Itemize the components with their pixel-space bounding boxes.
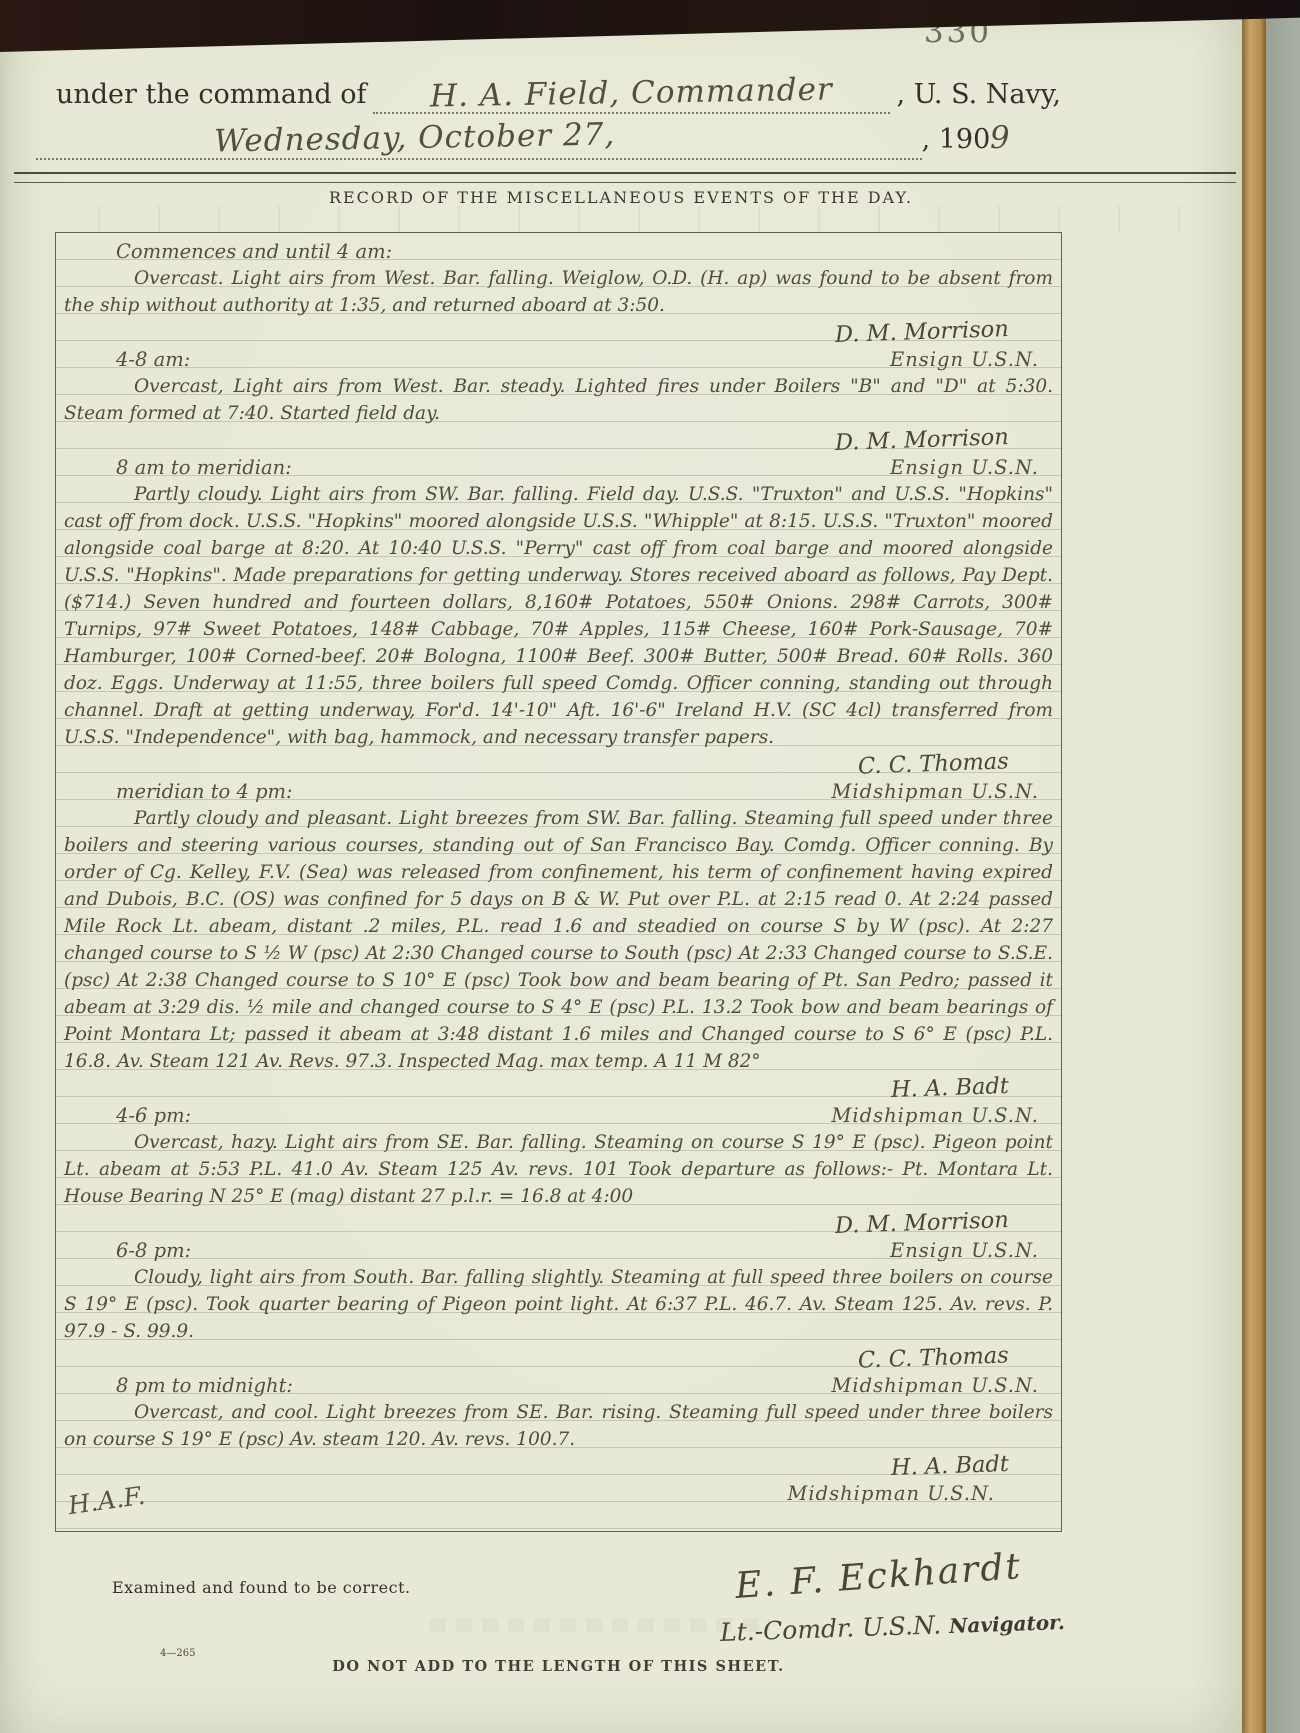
signature-row: C. C. Thomas [64, 751, 1053, 778]
section-heading-row: 4-8 am: Ensign U.S.N. [64, 346, 1053, 373]
date-field: Wednesday, October 27, [36, 120, 922, 160]
header-divider [14, 172, 1236, 183]
signature-name: D. M. Morrison [835, 1207, 1010, 1240]
section-body: Partly cloudy. Light airs from SW. Bar. … [64, 481, 1053, 751]
section-heading-row: 6-8 pm: Ensign U.S.N. [64, 1237, 1053, 1264]
desk-background [1266, 0, 1300, 1733]
signer-rank: Midshipman U.S.N. [831, 778, 1039, 805]
signature-name: D. M. Morrison [835, 316, 1010, 349]
logbook-photo: 330 under the command of H. A. Field, Co… [0, 0, 1300, 1733]
sheet-length-warning: DO NOT ADD TO THE LENGTH OF THIS SHEET. [55, 1658, 1062, 1675]
section-heading: 8 pm to midnight: [116, 1372, 293, 1399]
section-heading-row: Commences and until 4 am: [64, 238, 1053, 265]
year-printed: , 190 [922, 124, 991, 155]
section-body: Overcast. Light airs from West. Bar. fal… [64, 265, 1053, 319]
examined-statement: Examined and found to be correct. [112, 1578, 411, 1597]
signature-name: D. M. Morrison [835, 424, 1010, 457]
navigator-rank-line: Lt.-Comdr. U.S.N. Navigator. [720, 1606, 1066, 1647]
navigator-title: Navigator. [949, 1610, 1065, 1638]
navigator-rank: Lt.-Comdr. U.S.N. [720, 1610, 942, 1647]
signature-row: D. M. Morrison [64, 427, 1053, 454]
section-body: Cloudy, light airs from South. Bar. fall… [64, 1264, 1053, 1345]
section-heading: meridian to 4 pm: [116, 778, 293, 805]
year-digit: 9 [990, 120, 1011, 156]
log-entries-box: Commences and until 4 am: Overcast. Ligh… [55, 232, 1062, 1532]
signature-name: H. A. Badt [891, 1073, 1010, 1104]
section-heading: 4-6 pm: [116, 1102, 191, 1129]
section-body: Partly cloudy and pleasant. Light breeze… [64, 805, 1053, 1075]
signer-rank: Ensign U.S.N. [890, 1237, 1039, 1264]
section-body: Overcast, hazy. Light airs from SE. Bar.… [64, 1129, 1053, 1210]
section-heading: 4-8 am: [116, 346, 190, 373]
commander-name-field: H. A. Field, Commander [373, 76, 891, 114]
signature-row: H. A. Badt [64, 1453, 1053, 1480]
signature-name: H. A. Badt [891, 1451, 1010, 1482]
signer-rank: Midshipman U.S.N. [787, 1482, 995, 1505]
commander-name: H. A. Field, Commander [430, 72, 833, 113]
command-line: under the command of H. A. Field, Comman… [56, 76, 1061, 114]
section-heading-row: meridian to 4 pm: Midshipman U.S.N. [64, 778, 1053, 805]
signer-rank: Ensign U.S.N. [890, 454, 1039, 481]
book-page-edges [1242, 0, 1268, 1733]
section-heading-row: 8 am to meridian: Ensign U.S.N. [64, 454, 1053, 481]
date-line: Wednesday, October 27, , 190 9 [36, 120, 1011, 160]
logbook-page: 330 under the command of H. A. Field, Co… [0, 0, 1242, 1733]
command-line-prefix: under the command of [56, 79, 367, 110]
signature-name: C. C. Thomas [858, 748, 1010, 780]
signature-row: C. C. Thomas [64, 1345, 1053, 1372]
signature-row: D. M. Morrison [64, 319, 1053, 346]
section-heading: Commences and until 4 am: [116, 238, 392, 265]
record-title: RECORD OF THE MISCELLANEOUS EVENTS OF TH… [0, 188, 1242, 207]
section-body: Overcast, and cool. Light breezes from S… [64, 1399, 1053, 1453]
reverse-page-showthrough [40, 206, 1200, 232]
signer-rank: Midshipman U.S.N. [831, 1372, 1039, 1399]
signer-rank: Ensign U.S.N. [890, 346, 1039, 373]
date-handwritten: Wednesday, October 27, [214, 117, 616, 160]
section-heading: 8 am to meridian: [116, 454, 292, 481]
signature-row: D. M. Morrison [64, 1210, 1053, 1237]
navigator-signature: E. F. Eckhardt [734, 1546, 1023, 1607]
signature-rank-row: Midshipman U.S.N. [64, 1480, 1053, 1507]
signer-rank: Midshipman U.S.N. [831, 1102, 1039, 1129]
signature-row: H. A. Badt [64, 1075, 1053, 1102]
signature-name: C. C. Thomas [858, 1342, 1010, 1374]
section-body: Overcast, Light airs from West. Bar. ste… [64, 373, 1053, 427]
section-heading-row: 4-6 pm: Midshipman U.S.N. [64, 1102, 1053, 1129]
section-heading: 6-8 pm: [116, 1237, 191, 1264]
section-heading-row: 8 pm to midnight: Midshipman U.S.N. [64, 1372, 1053, 1399]
command-line-suffix: , U. S. Navy, [896, 79, 1061, 110]
